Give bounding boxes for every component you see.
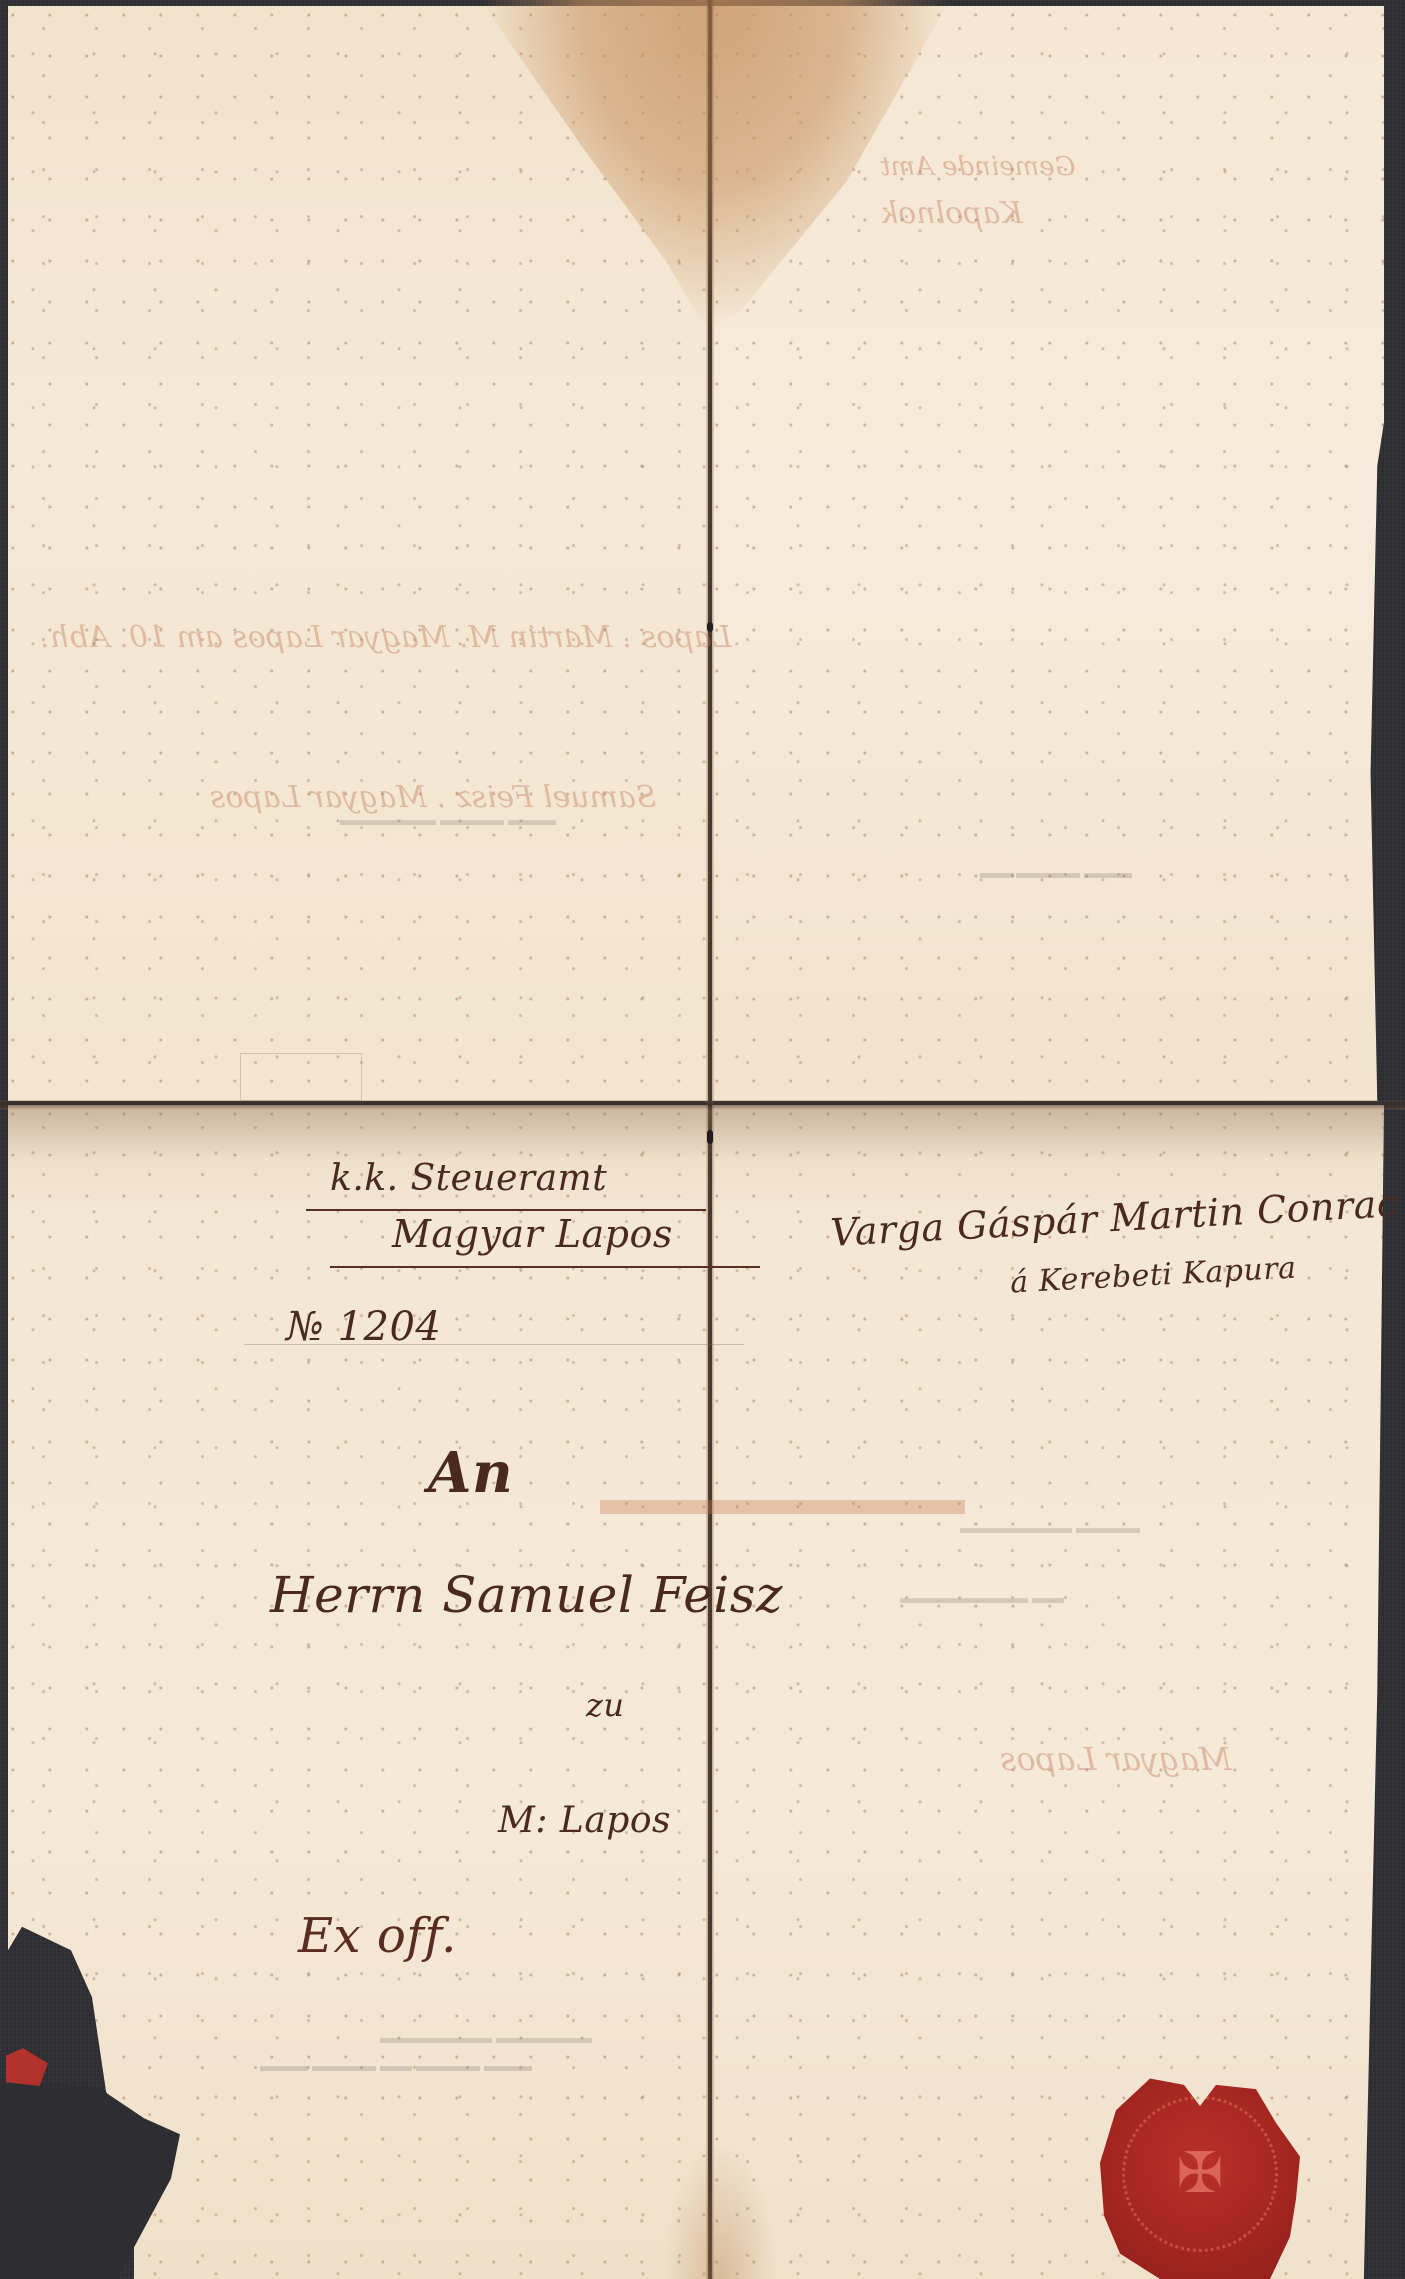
fold-tear — [707, 1130, 713, 1144]
underline — [330, 1266, 760, 1268]
horizontal-fold-line — [0, 1100, 1405, 1110]
red-crayon-strike — [600, 1500, 965, 1514]
blind-embossed-stamp — [240, 1053, 362, 1101]
paper-quadrant-top-left — [8, 6, 708, 1101]
bleed-text: Lapos . Martin M. Magyar Lapos am 10. Ab… — [40, 620, 732, 655]
bleed-text: Magyar Lapos — [1000, 1740, 1231, 1778]
fold-shadow — [8, 1110, 1384, 1160]
printed-ghost: ▬▬▬▬ ▬▬▬▬▬▬▬ — [960, 1520, 1140, 1538]
ex-officio-mark: Ex off. — [298, 1908, 457, 1964]
destination: M: Lapos — [498, 1800, 671, 1841]
recipient-name: Herrn Samuel Feisz — [270, 1566, 783, 1624]
printed-ghost: ▬▬▬ ▬▬▬▬ ▬▬ — [980, 865, 1132, 883]
printed-ghost: ▬▬▬▬▬▬ ▬▬▬▬▬▬▬ — [380, 2030, 592, 2048]
underline — [306, 1209, 706, 1211]
to-label: An — [428, 1440, 513, 1506]
bleed-text: Gemeinde Amt — [880, 152, 1075, 182]
printed-ghost: ▬▬▬ ▬▬▬▬ ▬▬ ▬▬▬▬ ▬▬▬ — [260, 2058, 532, 2076]
printed-ghost: ▬▬▬ ▬▬▬▬ ▬▬▬▬▬▬ — [340, 812, 556, 830]
bleed-text: Samuel Feisz . Magyar Lapos — [210, 780, 656, 815]
printed-rule — [244, 1344, 744, 1345]
sender-place: Magyar Lapos — [392, 1212, 673, 1256]
double-headed-eagle-icon: ✠ — [1122, 2096, 1278, 2252]
zu-label: zu — [586, 1686, 624, 1724]
bleed-text: Kapolnok — [880, 196, 1023, 231]
printed-ghost: ▬▬ ▬▬▬▬▬▬▬▬ — [900, 1590, 1064, 1608]
sender-office: k.k. Steueramt — [330, 1158, 607, 1199]
